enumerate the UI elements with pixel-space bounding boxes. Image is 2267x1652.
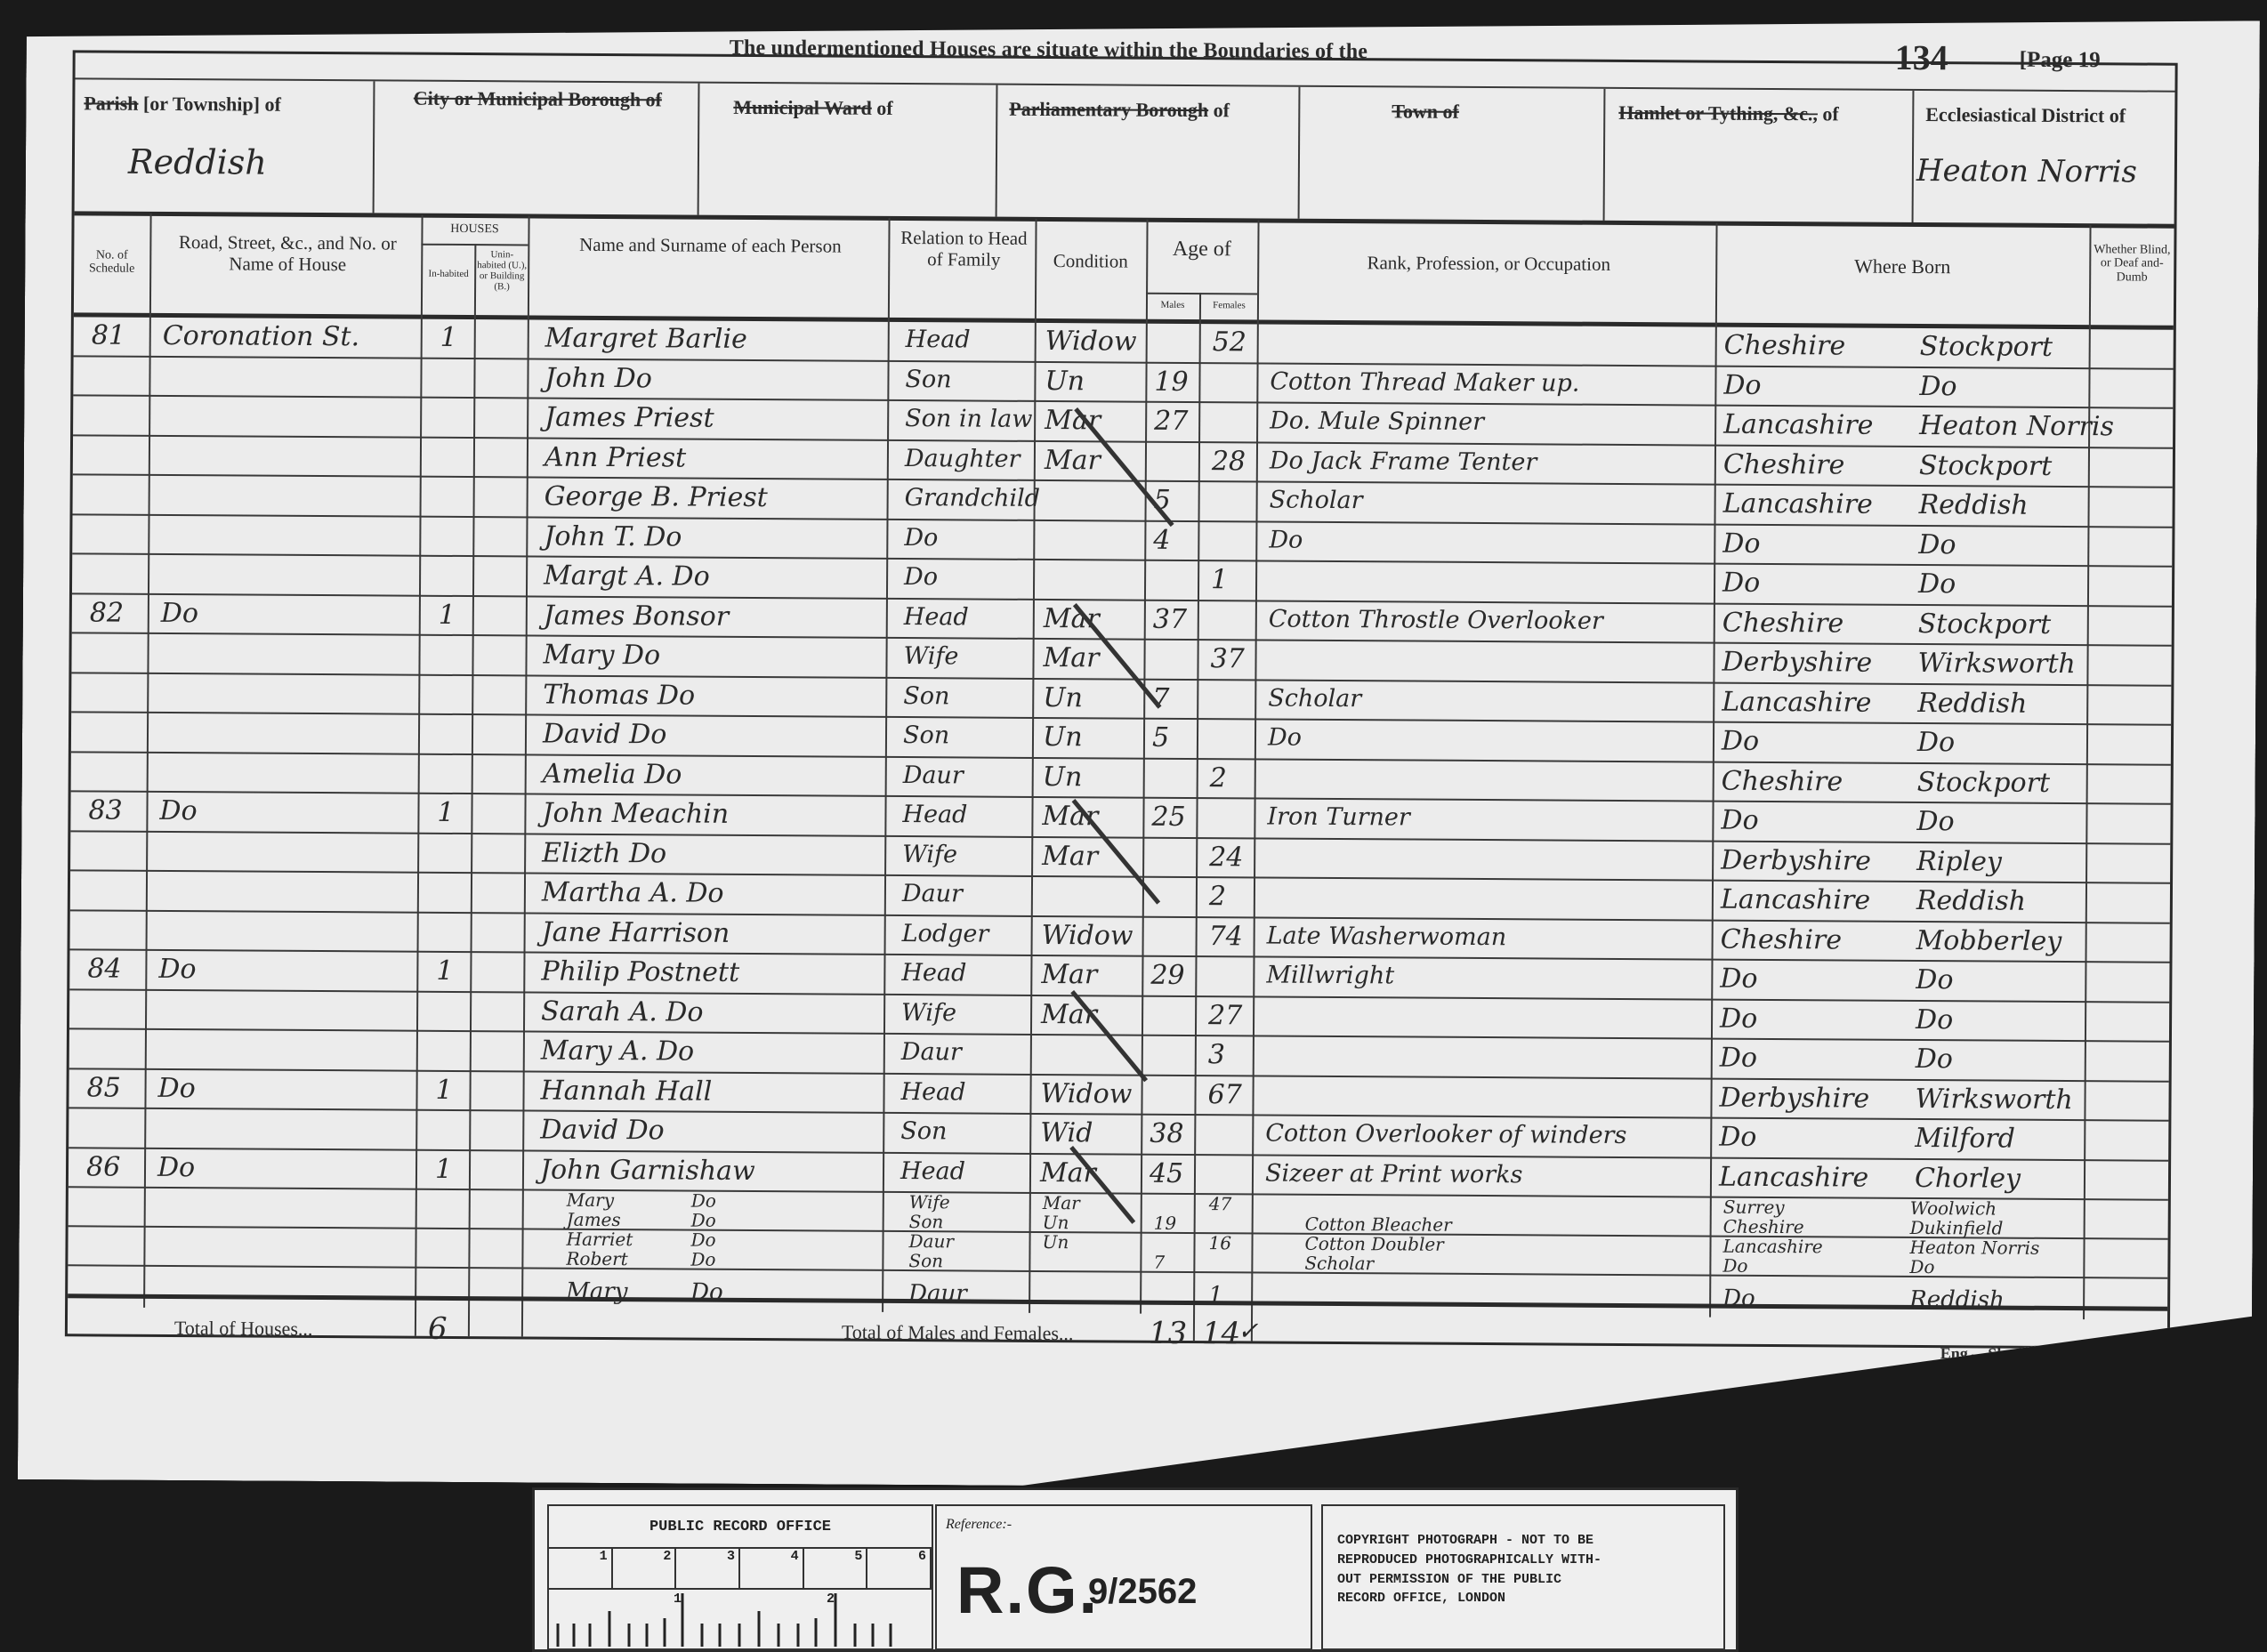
- name-cell: John Do: [545, 365, 652, 392]
- ruler-mark: 2: [613, 1549, 677, 1588]
- row-rule: [72, 632, 2172, 646]
- row-rule: [69, 988, 2169, 1003]
- row-rule: [72, 592, 2172, 607]
- condition-cell: Un: [1043, 684, 1083, 711]
- row-rule: [73, 394, 2173, 408]
- occupation-cell: Late Washerwoman: [1267, 923, 1507, 949]
- male-age-cell: 29: [1150, 963, 1184, 989]
- born-county-cell: Do: [1722, 729, 1759, 755]
- name-cell: Mary A. Do: [541, 1038, 694, 1066]
- inhabited-cell: 1: [435, 1156, 452, 1182]
- male-age-cell: 5: [1152, 725, 1169, 752]
- born-county-cell: Surrey: [1723, 1198, 1785, 1216]
- relation-cell: Head: [906, 327, 971, 351]
- born-place-cell: Stockport: [1917, 769, 2050, 796]
- born-place-cell: Do: [1919, 374, 1956, 400]
- relation-cell: Son: [908, 1252, 943, 1269]
- boundary-divider: [1603, 89, 1606, 221]
- schedule-cell: 84: [87, 955, 121, 982]
- road-cell: Do: [157, 1154, 195, 1181]
- born-place-cell: Do: [1916, 967, 1953, 994]
- born-place-cell: Do: [1916, 1006, 1953, 1033]
- checkmark-icon: ✓: [1238, 1316, 1259, 1345]
- col-divider: [882, 218, 891, 1312]
- reference-panel: Reference:- R.G. 9/2562: [935, 1504, 1312, 1650]
- born-place-cell: Chorley: [1915, 1164, 2021, 1192]
- condition-cell: Mar: [1043, 645, 1099, 672]
- surname-cell: Do: [690, 1231, 715, 1249]
- boundary-hamlet: Hamlet or Tything, &c., of: [1618, 101, 1839, 126]
- boundary-divider: [996, 85, 998, 217]
- female-age-cell: 2: [1209, 883, 1226, 910]
- male-age-cell: 19: [1154, 1214, 1177, 1232]
- sheet-footer: Eng.—Sheet D: [1940, 1344, 2041, 1364]
- born-county-cell: Cheshire: [1721, 926, 1843, 954]
- born-place-cell: Do: [1917, 729, 1955, 756]
- road-cell: Do: [158, 956, 196, 983]
- born-county-cell: Lancashire: [1721, 887, 1870, 915]
- male-age-cell: 7: [1153, 1253, 1165, 1271]
- born-place-cell: Mobberley: [1916, 927, 2062, 955]
- name-cell: Sarah A. Do: [541, 998, 704, 1026]
- inch-mark: 2: [827, 1592, 835, 1607]
- female-age-cell: 27: [1208, 1003, 1242, 1029]
- schedule-cell: 81: [92, 322, 125, 349]
- col-inhabited: In-habited: [423, 269, 474, 279]
- boundary-divider: [698, 84, 700, 215]
- relation-cell: Wife: [902, 842, 957, 866]
- occupation-cell: Millwright: [1266, 963, 1394, 988]
- occupation-cell: Cotton Overlooker of winders: [1265, 1122, 1626, 1148]
- col-divider: [1029, 219, 1037, 1313]
- born-county-cell: Derbyshire: [1722, 649, 1872, 677]
- condition-cell: Widow: [1040, 1080, 1132, 1108]
- surname-cell: Do: [691, 1192, 716, 1210]
- relation-cell: Head: [904, 605, 969, 629]
- name-cell: George B. Priest: [545, 484, 768, 512]
- ruler-mark: 1: [549, 1549, 613, 1588]
- relation-cell: Daur: [908, 1232, 954, 1250]
- col-condition: Condition: [1035, 250, 1146, 272]
- born-place-cell: Do: [1909, 1258, 1934, 1276]
- condition-cell: Widow: [1042, 922, 1133, 949]
- born-place-cell: Heaton Norris: [1919, 413, 2114, 440]
- title-rule: [76, 77, 2175, 92]
- row-rule: [69, 1147, 2168, 1161]
- totals-rule: [68, 1293, 2167, 1310]
- relation-cell: Grandchild: [905, 486, 1040, 511]
- col-divider: [143, 214, 152, 1308]
- row-rule: [69, 1225, 2168, 1239]
- inch-mark: 1: [674, 1592, 682, 1607]
- male-age-cell: 19: [1154, 368, 1188, 395]
- relation-cell: Head: [902, 802, 967, 826]
- census-table-frame: Parish [or Township] of Reddish City or …: [65, 50, 2178, 1349]
- condition-cell: Mar: [1041, 962, 1097, 988]
- office-name: PUBLIC RECORD OFFICE: [549, 1519, 932, 1535]
- boundary-ecclesiastical-value: Heaton Norris: [1916, 153, 2137, 190]
- born-county-cell: Lancashire: [1722, 1237, 1822, 1256]
- female-age-cell: 2: [1210, 765, 1227, 792]
- name-cell: Mary: [567, 1191, 614, 1209]
- occupation-cell: Sizeer at Print works: [1265, 1161, 1523, 1187]
- condition-cell: Un: [1043, 1213, 1069, 1231]
- occupation-cell: Do: [1269, 528, 1303, 552]
- born-place-cell: Wirksworth: [1917, 650, 2075, 678]
- col-divider: [2083, 225, 2092, 1319]
- born-county-cell: Lancashire: [1723, 491, 1873, 519]
- boundary-parish-value: Reddish: [128, 142, 267, 182]
- born-county-cell: Lancashire: [1719, 1164, 1868, 1191]
- boundary-ward: Municipal Ward of: [733, 96, 892, 120]
- relation-cell: Son: [903, 684, 949, 708]
- copyright-panel: COPYRIGHT PHOTOGRAPH - NOT TO BE REPRODU…: [1321, 1504, 1725, 1650]
- relation-cell: Do: [904, 565, 938, 589]
- reference-code: R.G.: [956, 1552, 1099, 1628]
- boundary-town: Town of: [1392, 100, 1459, 123]
- born-county-cell: Do: [1722, 1257, 1747, 1275]
- relation-cell: Daur: [902, 882, 963, 906]
- born-county-cell: Do: [1722, 570, 1760, 597]
- name-cell: James Bonsor: [544, 602, 729, 630]
- schedule-cell: 85: [86, 1075, 120, 1101]
- name-cell: James Priest: [545, 405, 714, 432]
- inhabited-cell: 1: [439, 601, 456, 628]
- female-age-cell: 52: [1213, 329, 1246, 356]
- name-cell: John Garnishaw: [540, 1156, 755, 1184]
- born-place-cell: Stockport: [1920, 334, 2053, 361]
- occupation-cell: Cotton Thread Maker up.: [1270, 369, 1579, 395]
- name-cell: Margt A. Do: [544, 563, 710, 591]
- col-divider: [1140, 220, 1149, 1314]
- name-cell: Martha A. Do: [542, 880, 724, 907]
- road-cell: Do: [157, 1075, 195, 1101]
- born-county-cell: Cheshire: [1722, 768, 1843, 795]
- born-place-cell: Reddish: [1916, 888, 2026, 915]
- born-place-cell: Ripley: [1916, 848, 2002, 875]
- row-rule: [71, 790, 2171, 804]
- relation-cell: Lodger: [902, 922, 989, 947]
- name-cell: Amelia Do: [543, 761, 682, 788]
- col-schedule: No. of Schedule: [74, 248, 149, 276]
- born-county-cell: Cheshire: [1723, 1218, 1804, 1237]
- occupation-cell: Scholar: [1270, 488, 1363, 513]
- relation-cell: Do: [904, 526, 938, 550]
- occupation-cell: Do Jack Frame Tenter: [1270, 448, 1537, 474]
- relation-cell: Daur: [903, 763, 964, 787]
- boundary-parish: Parish [or Township] of: [84, 92, 281, 116]
- female-age-cell: 3: [1208, 1042, 1225, 1068]
- name-cell: David Do: [540, 1117, 665, 1145]
- relation-cell: Head: [901, 961, 966, 985]
- female-age-cell: 67: [1207, 1082, 1241, 1108]
- col-divider: [1709, 223, 1718, 1318]
- born-place-cell: Do: [1916, 809, 1954, 835]
- relation-cell: Head: [900, 1159, 965, 1183]
- col-divider: [1193, 293, 1201, 1341]
- relation-cell: Daur: [901, 1040, 962, 1064]
- name-cell: Robert: [566, 1250, 627, 1268]
- col-occupation: Rank, Profession, or Occupation: [1262, 251, 1715, 275]
- cm-ruler: 1 2 3 4 5 6: [549, 1547, 932, 1590]
- female-age-cell: 1: [1211, 567, 1228, 593]
- condition-cell: Mar: [1042, 842, 1098, 869]
- name-cell: Elizth Do: [542, 840, 666, 867]
- total-females-value: 14: [1202, 1316, 1241, 1351]
- relation-cell: Wife: [909, 1193, 950, 1211]
- copyright-notice: COPYRIGHT PHOTOGRAPH - NOT TO BE REPRODU…: [1337, 1531, 1709, 1608]
- born-place-cell: Reddish: [1917, 689, 2027, 717]
- inhabited-cell: 1: [436, 958, 453, 985]
- boundary-parliamentary: Parliamentary Borough of: [1009, 98, 1230, 123]
- female-age-cell: 16: [1208, 1234, 1231, 1252]
- female-age-cell: 24: [1209, 844, 1243, 871]
- col-houses: HOUSES: [421, 222, 528, 237]
- col-where-born: Where Born: [1715, 254, 2089, 279]
- born-place-cell: Do: [1916, 1046, 1953, 1073]
- houses-subrule: [421, 244, 528, 246]
- occupation-cell: Cotton Throstle Overlooker: [1269, 607, 1603, 633]
- total-males-value: 13: [1149, 1316, 1188, 1351]
- total-houses-label: Total of Houses...: [174, 1317, 313, 1341]
- born-county-cell: Do: [1721, 808, 1758, 834]
- condition-cell: Widow: [1045, 328, 1137, 356]
- born-county-cell: Do: [1719, 1124, 1756, 1151]
- total-houses-value: 6: [428, 1311, 448, 1347]
- row-rule: [73, 473, 2173, 488]
- relation-cell: Daughter: [905, 447, 1021, 471]
- name-cell: Thomas Do: [543, 681, 695, 709]
- boundary-rule: [75, 211, 2174, 228]
- born-place-cell: Do: [1918, 571, 1956, 598]
- born-place-cell: Wirksworth: [1915, 1085, 2072, 1113]
- surname-cell: Do: [691, 1212, 716, 1229]
- born-county-cell: Cheshire: [1722, 609, 1844, 637]
- col-uninhabited: Unin-habited (U.), or Building (B.): [476, 249, 528, 293]
- inch-ruler: 1 2: [549, 1588, 932, 1647]
- col-infirmity: Whether Blind, or Deaf and-Dumb: [2092, 243, 2172, 285]
- born-county-cell: Cheshire: [1723, 451, 1845, 479]
- road-cell: Do: [161, 600, 198, 626]
- row-rule: [69, 1027, 2169, 1042]
- row-rule: [71, 751, 2171, 765]
- born-county-cell: Do: [1722, 530, 1760, 557]
- boundary-divider: [1912, 91, 1915, 222]
- relation-cell: Son: [905, 367, 951, 391]
- born-county-cell: Cheshire: [1724, 333, 1846, 360]
- row-rule: [72, 552, 2172, 567]
- ruler-ticks-icon: [549, 1588, 932, 1647]
- row-rule: [68, 1264, 2167, 1278]
- name-cell: Mary Do: [543, 642, 660, 670]
- female-age-cell: 47: [1209, 1195, 1232, 1213]
- condition-cell: Wid: [1040, 1120, 1093, 1147]
- col-divider: [521, 215, 530, 1336]
- name-cell: Harriet: [566, 1230, 633, 1248]
- name-cell: John Meachin: [542, 801, 729, 828]
- boundary-city: City or Municipal Borough of: [413, 87, 662, 112]
- census-sheet: The undermentioned Houses are situate wi…: [18, 7, 2260, 1493]
- occupation-cell: Do. Mule Spinner: [1270, 409, 1484, 434]
- male-age-cell: 37: [1153, 606, 1187, 633]
- road-cell: Do: [159, 798, 197, 825]
- occupation-cell: Scholar: [1304, 1254, 1374, 1272]
- age-subrule: [1146, 293, 1257, 295]
- condition-cell: Mar: [1043, 1194, 1080, 1212]
- born-county-cell: Do: [1720, 966, 1757, 993]
- name-cell: James: [567, 1211, 621, 1229]
- surname-cell: Do: [690, 1251, 715, 1269]
- inhabited-cell: 1: [435, 1076, 452, 1103]
- ruler-mark: 6: [867, 1549, 932, 1588]
- occupation-cell: Cotton Doubler: [1304, 1235, 1443, 1253]
- relation-cell: Son: [903, 723, 949, 747]
- col-divider: [468, 244, 477, 1336]
- col-divider: [1251, 220, 1260, 1341]
- col-males: Males: [1146, 300, 1199, 310]
- condition-cell: Mar: [1045, 447, 1101, 473]
- col-road: Road, Street, &c., and No. or Name of Ho…: [163, 231, 412, 276]
- col-relation: Relation to Head of Family: [892, 227, 1035, 270]
- col-age: Age of: [1146, 238, 1257, 262]
- female-age-cell: 37: [1210, 646, 1244, 673]
- relation-cell: Son: [909, 1213, 944, 1230]
- col-name: Name and Surname of each Person: [545, 234, 875, 257]
- road-cell: Coronation St.: [163, 323, 360, 351]
- born-place-cell: Do: [1918, 532, 1956, 559]
- row-rule: [70, 830, 2170, 844]
- male-age-cell: 4: [1153, 527, 1170, 553]
- born-county-cell: Derbyshire: [1721, 847, 1871, 874]
- male-age-cell: 25: [1151, 804, 1185, 831]
- relation-cell: Son: [900, 1119, 947, 1143]
- occupation-cell: Scholar: [1268, 686, 1361, 711]
- born-place-cell: Dukinfield: [1910, 1219, 2004, 1237]
- relation-cell: Son in law: [905, 407, 1032, 431]
- schedule-cell: 86: [86, 1154, 120, 1181]
- relation-cell: Head: [900, 1080, 965, 1104]
- occupation-cell: Iron Turner: [1267, 805, 1410, 830]
- condition-cell: Un: [1043, 724, 1083, 751]
- col-females: Females: [1201, 300, 1257, 310]
- condition-cell: Un: [1045, 367, 1085, 394]
- reference-number: 9/2562: [1088, 1572, 1197, 1612]
- name-cell: Philip Postnett: [541, 959, 739, 987]
- born-place-cell: Milford: [1915, 1125, 2015, 1153]
- total-persons-label: Total of Males and Females...: [842, 1321, 1074, 1346]
- condition-cell: Un: [1042, 1233, 1069, 1251]
- condition-cell: Un: [1043, 763, 1083, 790]
- born-place-cell: Reddish: [1919, 492, 2029, 520]
- name-cell: David Do: [543, 721, 667, 749]
- male-age-cell: 38: [1150, 1121, 1183, 1148]
- name-cell: John T. Do: [544, 523, 682, 551]
- born-place-cell: Woolwich: [1910, 1199, 1997, 1218]
- relation-cell: Wife: [901, 1001, 956, 1025]
- born-county-cell: Lancashire: [1723, 412, 1873, 439]
- male-age-cell: 27: [1154, 408, 1188, 435]
- col-divider: [415, 215, 424, 1336]
- born-place-cell: Stockport: [1919, 453, 2052, 480]
- relation-cell: Wife: [903, 644, 958, 668]
- born-county-cell: Do: [1720, 1045, 1757, 1072]
- born-county-cell: Do: [1723, 372, 1761, 399]
- born-county-cell: Derbyshire: [1719, 1084, 1869, 1112]
- schedule-cell: 83: [88, 797, 122, 824]
- female-age-cell: 28: [1212, 448, 1246, 475]
- female-age-cell: 74: [1209, 923, 1243, 950]
- name-cell: Ann Priest: [545, 444, 686, 471]
- boundary-ecclesiastical: Ecclesiastical District of: [1925, 103, 2126, 127]
- ruler-mark: 4: [740, 1549, 804, 1588]
- born-place-cell: Stockport: [1918, 610, 2051, 638]
- born-county-cell: Lancashire: [1722, 689, 1871, 716]
- inhabited-cell: 1: [437, 800, 454, 826]
- occupation-cell: Do: [1268, 726, 1302, 750]
- occupation-cell: Cotton Bleacher: [1305, 1215, 1452, 1234]
- ruler-mark: 3: [676, 1549, 740, 1588]
- reference-label: Reference:-: [946, 1517, 1012, 1533]
- ruler-mark: 5: [804, 1549, 868, 1588]
- record-office-stamp: PUBLIC RECORD OFFICE 1 2 3 4 5 6 1: [532, 1487, 1739, 1652]
- name-cell: Margret Barlie: [545, 326, 747, 353]
- inhabited-cell: 1: [440, 325, 457, 351]
- schedule-cell: 82: [90, 600, 124, 626]
- born-county-cell: Do: [1720, 1005, 1757, 1032]
- boundary-divider: [373, 81, 375, 213]
- public-record-office-panel: PUBLIC RECORD OFFICE 1 2 3 4 5 6 1: [547, 1504, 933, 1650]
- born-place-cell: Heaton Norris: [1909, 1238, 2039, 1257]
- name-cell: Hannah Hall: [540, 1077, 712, 1105]
- male-age-cell: 45: [1150, 1160, 1183, 1187]
- boundary-divider: [1298, 87, 1301, 219]
- name-cell: Jane Harrison: [542, 919, 730, 947]
